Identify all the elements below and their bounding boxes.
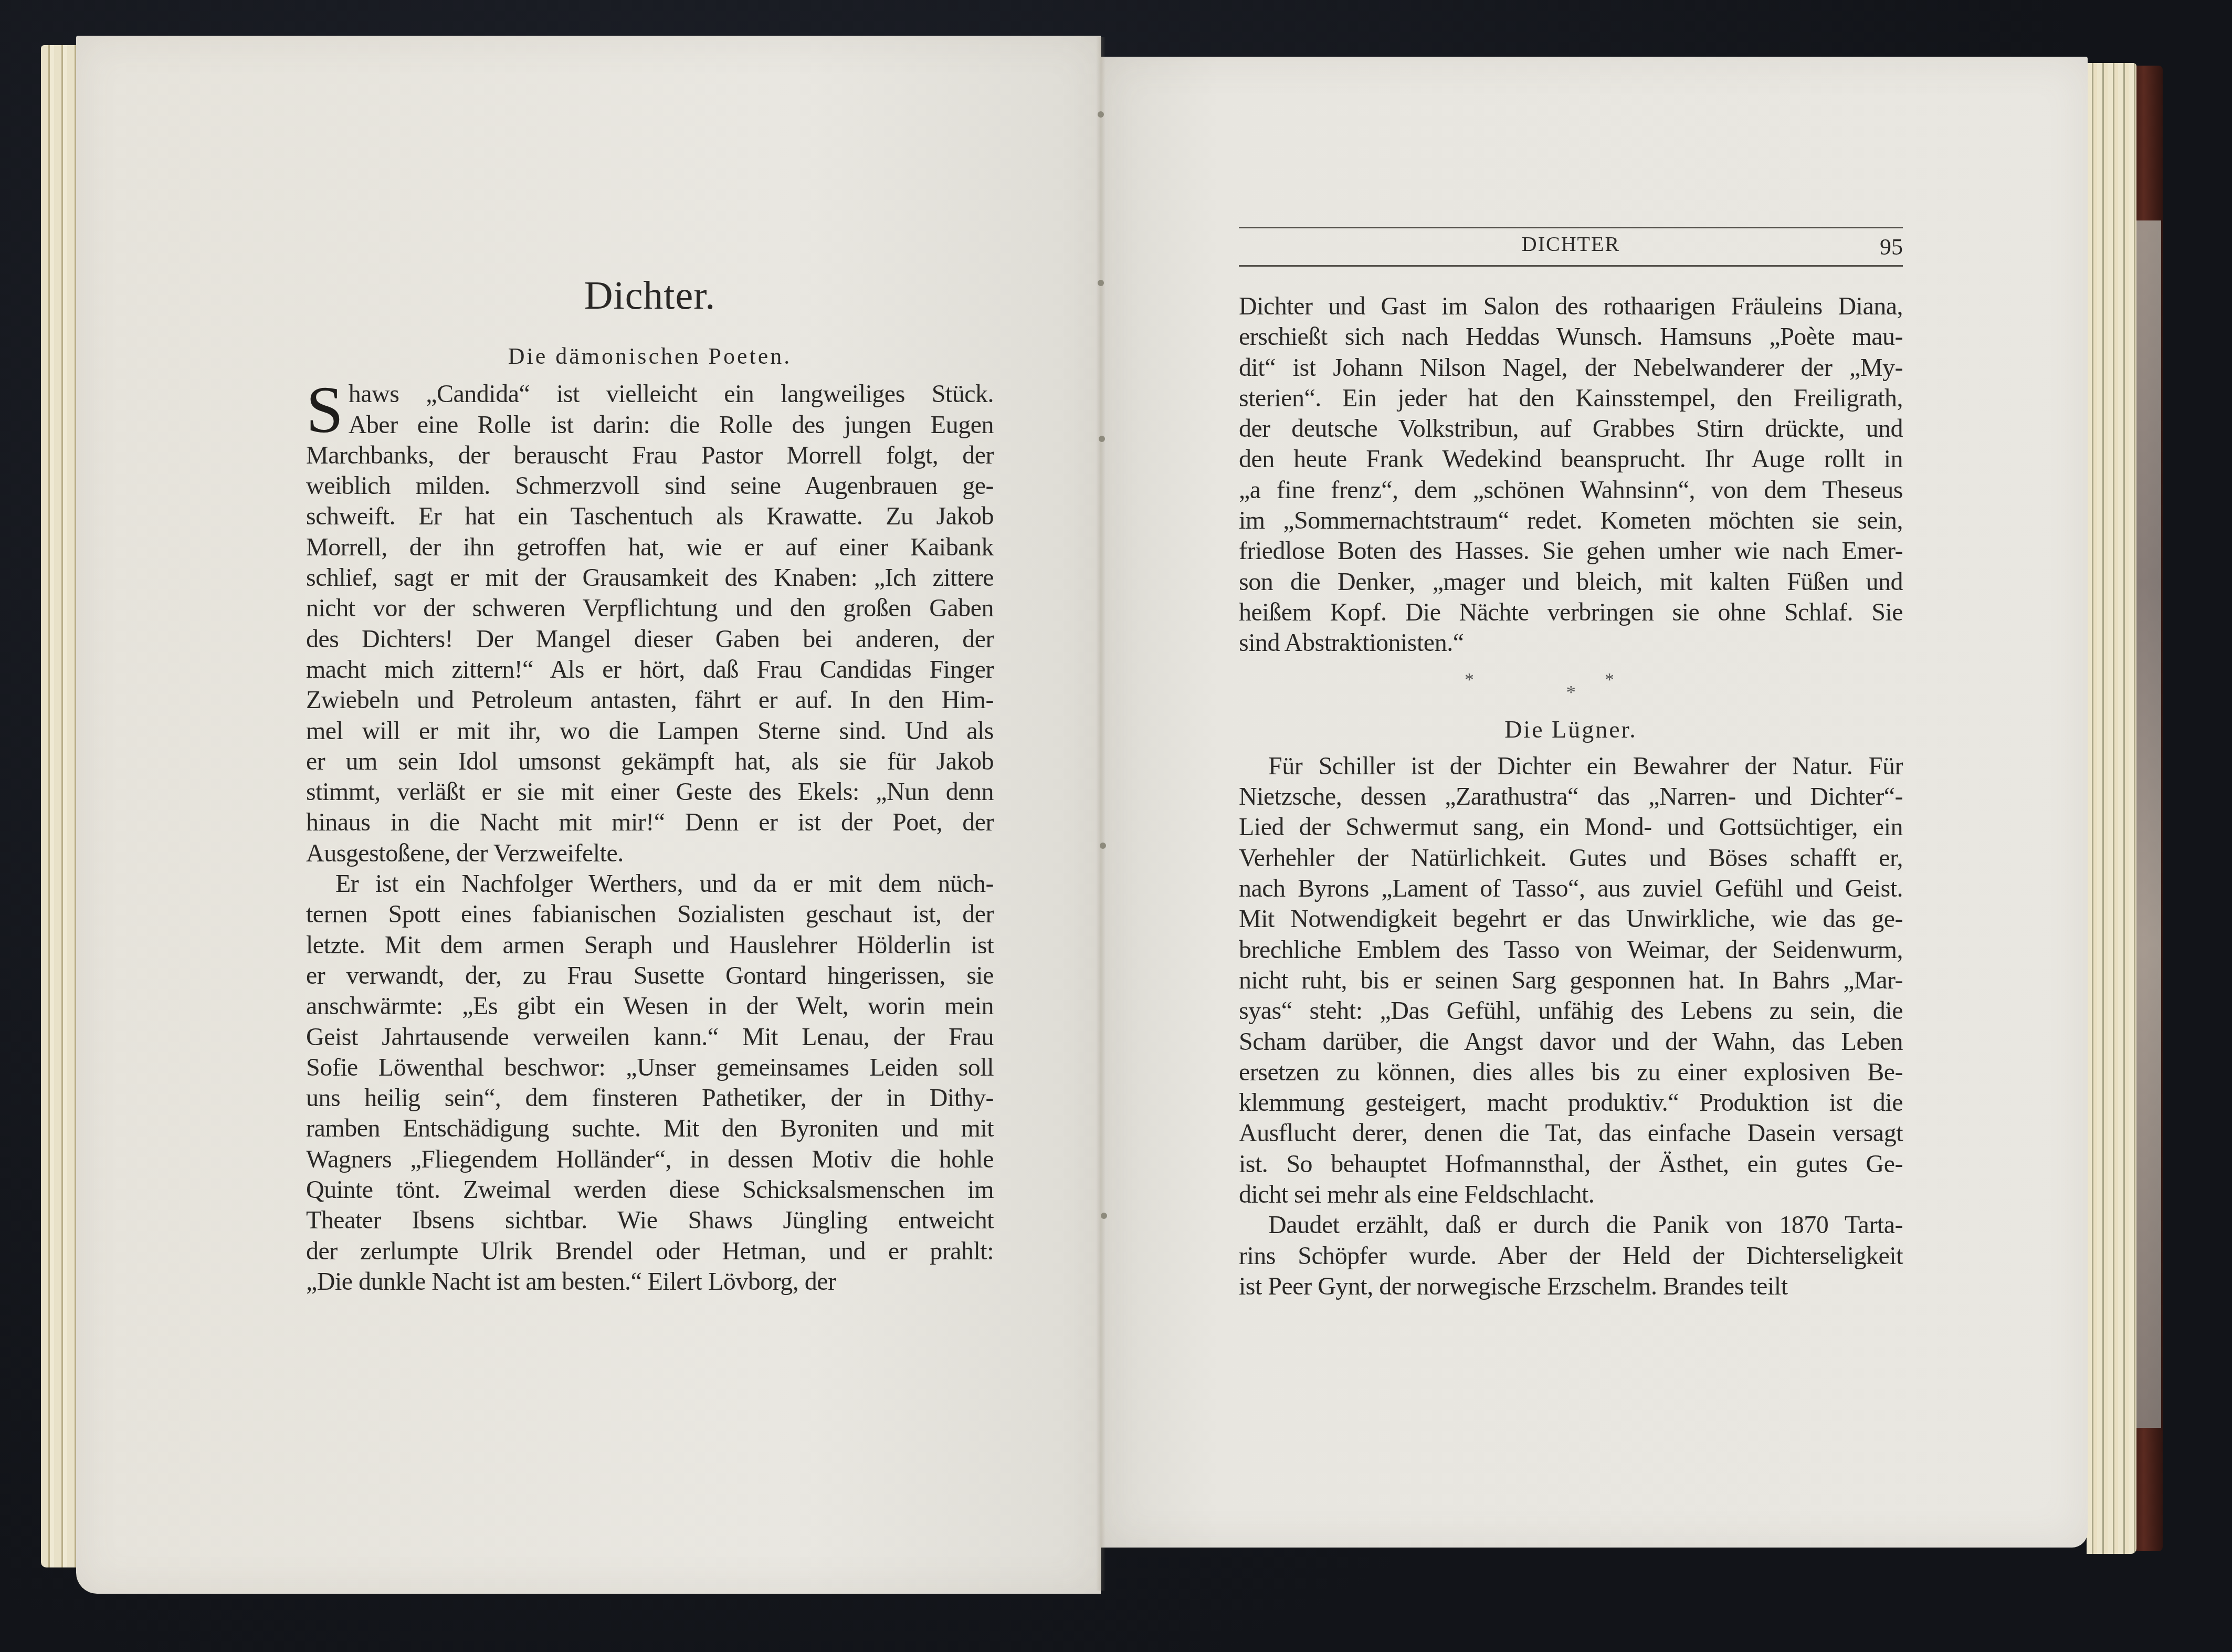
text-line: Ausgestoßene, der Verzweifelte.: [306, 838, 994, 869]
binding-thread: [1099, 436, 1105, 442]
paragraph: Für Schiller ist der Dichter ein Bewahre…: [1239, 751, 1903, 1210]
text-line: Geist Jahrtausende verweilen kann.“ Mit …: [306, 1022, 994, 1053]
text-line: Ausflucht derer, denen die Tat, das einf…: [1239, 1118, 1903, 1149]
text-line: macht mich zittern!“ Als er hört, daß Fr…: [306, 655, 994, 685]
text-line: erschießt sich nach Heddas Wunsch. Hamsu…: [1239, 322, 1903, 352]
text-line: Lied der Schwermut sang, ein Mond- und G…: [1239, 812, 1903, 843]
left-page-edges: [41, 45, 80, 1567]
text-line: weiblich milden. Schmerzvoll sind seine …: [306, 471, 994, 501]
text-line: uns heilig sein“, dem finsteren Pathetik…: [306, 1083, 994, 1113]
paragraph-continued: Dichter und Gast im Salon des rothaarige…: [1239, 291, 1903, 659]
text-line: nach Byrons „Lament of Tasso“, aus zuvie…: [1239, 874, 1903, 904]
text-line: sind Abstraktionisten.“: [1239, 628, 1903, 658]
text-line: Er ist ein Nachfolger Werthers, und da e…: [306, 869, 994, 899]
book-cover-marbled-board: [2134, 220, 2161, 1428]
binding-thread: [1098, 280, 1104, 286]
text-line: Wagners „Fliegendem Holländer“, in desse…: [306, 1144, 994, 1175]
text-line: klemmung gesteigert, macht produktiv.“ P…: [1239, 1088, 1903, 1118]
text-line: der zerlumpte Ulrik Brendel oder Hetman,…: [306, 1236, 994, 1267]
text-line: friedlose Boten des Hasses. Sie gehen um…: [1239, 536, 1903, 566]
text-line: Aber eine Rolle ist darin: die Rolle des…: [306, 410, 994, 440]
text-line: mel will er mit ihr, wo die Lampen Stern…: [306, 716, 994, 746]
text-line: Nietzsche, dessen „Zarathustra“ das „Nar…: [1239, 782, 1903, 812]
paragraph: Daudet erzählt, daß er durch die Panik v…: [1239, 1210, 1903, 1302]
text-line: „Die dunkle Nacht ist am besten.“ Eilert…: [306, 1267, 994, 1297]
text-line: stimmt, verläßt er sie mit einer Geste d…: [306, 777, 994, 807]
text-line: dicht sei mehr als eine Feldschlacht.: [1239, 1180, 1903, 1210]
open-book: Dichter. Die dämonischen Poeten. S haws …: [0, 0, 2232, 1652]
text-line: Sofie Löwenthal beschwor: „Unser gemeins…: [306, 1053, 994, 1083]
drop-cap: S: [306, 382, 343, 437]
text-line: nicht ruht, bis er seinen Sarg gesponnen…: [1239, 965, 1903, 996]
page-number: 95: [1880, 234, 1903, 260]
text-line: haws „Candida“ ist vielleicht ein langwe…: [306, 379, 994, 409]
text-line: Dichter und Gast im Salon des rothaarige…: [1239, 291, 1903, 322]
text-line: Quinte tönt. Zweimal werden diese Schick…: [306, 1175, 994, 1205]
text-line: er verwandt, der, zu Frau Susette Gontar…: [306, 961, 994, 991]
asterism-middle: *: [1239, 683, 1903, 702]
text-line: ersetzen zu können, dies alles bis zu ei…: [1239, 1057, 1903, 1088]
text-line: ist. So behauptet Hofmannsthal, der Ästh…: [1239, 1149, 1903, 1180]
text-line: letzte. Mit dem armen Seraph und Hausleh…: [306, 930, 994, 961]
text-line: heißem Kopf. Die Nächte verbringen sie o…: [1239, 597, 1903, 628]
text-line: dit“ ist Johann Nilson Nagel, der Nebelw…: [1239, 353, 1903, 383]
text-line: Verhehler der Natürlichkeit. Gutes und B…: [1239, 843, 1903, 874]
text-line: der deutsche Volkstribun, auf Grabbes St…: [1239, 414, 1903, 444]
binding-thread: [1100, 843, 1106, 849]
text-line: Zwiebeln und Petroleum antasten, fährt e…: [306, 685, 994, 715]
binding-thread: [1101, 1213, 1107, 1219]
text-line: ternen Spott eines fabianischen Sozialis…: [306, 899, 994, 930]
text-line: den heute Frank Wedekind beansprucht. Ih…: [1239, 444, 1903, 475]
book-gutter: [1096, 37, 1106, 1591]
text-line: nicht vor der schweren Verpflichtung und…: [306, 593, 994, 624]
text-line: er um sein Idol umsonst gekämpft hat, al…: [306, 746, 994, 777]
paragraph: S haws „Candida“ ist vielleicht ein lang…: [306, 379, 994, 869]
chapter-title: Dichter.: [306, 273, 994, 319]
text-line: Mit Notwendigkeit begehrt er das Unwirkl…: [1239, 904, 1903, 934]
text-line: Marchbanks, der berauscht Frau Pastor Mo…: [306, 440, 994, 471]
left-page-text: Die dämonischen Poeten. S haws „Candida“…: [306, 341, 994, 1297]
text-line: im „Sommernachtstraum“ redet. Kometen mö…: [1239, 506, 1903, 536]
right-page-text: Dichter und Gast im Salon des rothaarige…: [1239, 291, 1903, 1302]
section-title: Die Lügner.: [1239, 714, 1903, 745]
paragraph: Er ist ein Nachfolger Werthers, und da e…: [306, 869, 994, 1297]
text-line: schlief, sagt er mit der Grausamkeit des…: [306, 563, 994, 593]
text-line: anschwärmte: „Es gibt ein Wesen in der W…: [306, 991, 994, 1022]
binding-thread: [1098, 111, 1104, 118]
text-line: ramben Entschädigung suchte. Mit den Byr…: [306, 1113, 994, 1144]
text-line: Daudet erzählt, daß er durch die Panik v…: [1239, 1210, 1903, 1240]
text-line: hinaus in die Nacht mit mir!“ Denn er is…: [306, 807, 994, 838]
text-line: rins Schöpfer wurde. Aber der Held der D…: [1239, 1241, 1903, 1271]
text-line: schweift. Er hat ein Taschentuch als Kra…: [306, 501, 994, 532]
text-line: Scham darüber, die Angst davor und der W…: [1239, 1027, 1903, 1057]
text-line: son die Denker, „mager und bleich, mit k…: [1239, 567, 1903, 597]
text-line: des Dichters! Der Mangel dieser Gaben be…: [306, 624, 994, 655]
text-line: Morrell, der ihn getroffen hat, wie er a…: [306, 532, 994, 563]
running-head: DICHTER 95: [1239, 227, 1903, 267]
text-line: brechliche Emblem des Tasso von Weimar, …: [1239, 935, 1903, 965]
text-line: „a fine frenz“, dem „schönen Wahnsinn“, …: [1239, 475, 1903, 506]
text-line: Für Schiller ist der Dichter ein Bewahre…: [1239, 751, 1903, 782]
text-line: syas“ steht: „Das Gefühl, unfähig des Le…: [1239, 996, 1903, 1026]
right-page-edges: [2087, 63, 2136, 1554]
running-head-title: DICHTER: [1239, 232, 1903, 256]
text-line: Theater Ibsens sichtbar. Wie Shaws Jüngl…: [306, 1205, 994, 1236]
text-line: ist Peer Gynt, der norwegische Erzschelm…: [1239, 1271, 1903, 1302]
text-line: sterien“. Ein jeder hat den Kainsstempel…: [1239, 383, 1903, 414]
section-title: Die dämonischen Poeten.: [306, 341, 994, 372]
